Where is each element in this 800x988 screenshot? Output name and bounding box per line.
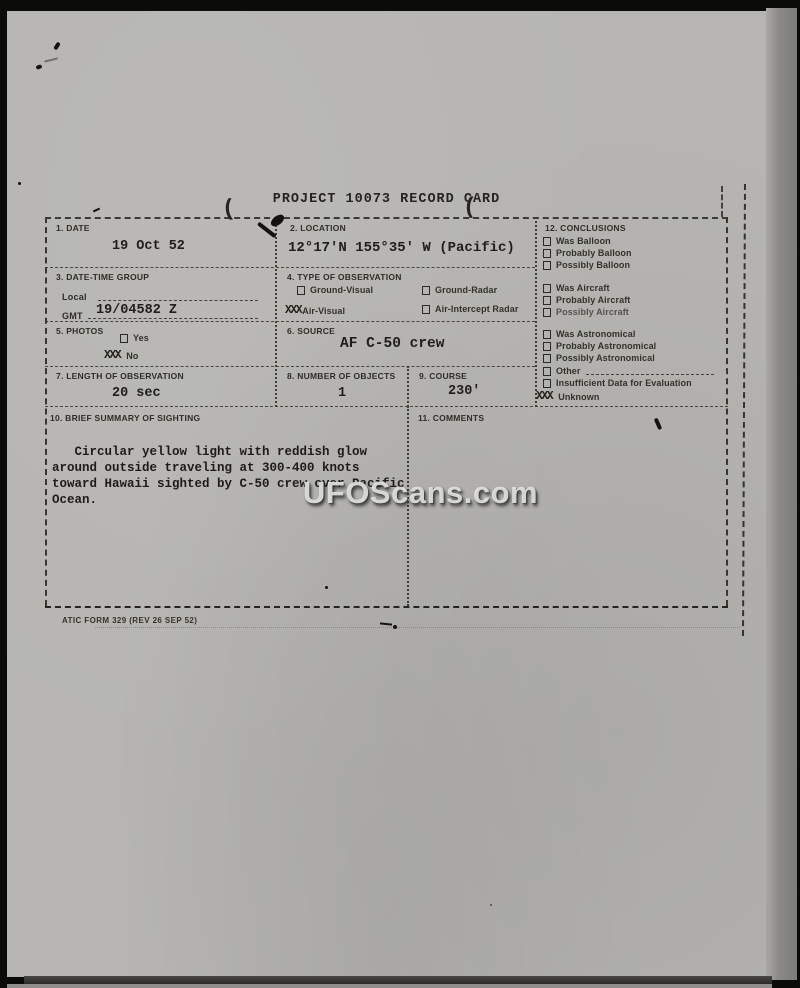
conclusion-possibly-balloon: Possibly Balloon	[543, 260, 630, 270]
row-divider-4	[45, 406, 728, 407]
location-value: 12°17'N 155°35' W (Pacific)	[288, 240, 515, 256]
option-label: Air-Intercept Radar	[435, 304, 518, 314]
option-label: Other	[556, 366, 581, 376]
source-value: AF C-50 crew	[340, 336, 444, 352]
scan-bottom-edge	[24, 976, 772, 984]
checkbox-icon	[422, 286, 430, 295]
option-label: Yes	[133, 333, 149, 343]
conclusion-was-astronomical: Was Astronomical	[543, 329, 635, 339]
footer-dotted-line	[95, 627, 740, 628]
option-photos-no: XXX No	[104, 349, 138, 362]
row-divider-3	[45, 366, 535, 367]
checkbox-icon	[543, 284, 551, 293]
card-title: PROJECT 10073 RECORD CARD	[45, 192, 728, 207]
conclusion-was-aircraft: Was Aircraft	[543, 283, 610, 293]
check-mark: XXX	[536, 390, 552, 403]
checkbox-icon	[297, 286, 305, 295]
summary-label: 10. BRIEF SUMMARY OF SIGHTING	[50, 413, 200, 423]
checkbox-icon	[543, 379, 551, 388]
date-time-group-label: 3. DATE-TIME GROUP	[56, 272, 149, 282]
card-border-right	[726, 217, 728, 606]
check-mark: XXX	[285, 304, 301, 317]
option-label: Possibly Aircraft	[556, 307, 629, 317]
checkbox-icon	[543, 330, 551, 339]
option-label: Possibly Balloon	[556, 260, 630, 270]
option-label: Air-Visual	[302, 306, 345, 316]
type-of-observation-label: 4. TYPE OF OBSERVATION	[287, 272, 402, 282]
source-label: 6. SOURCE	[287, 326, 335, 336]
other-fill-line	[586, 367, 714, 375]
option-label: No	[126, 351, 138, 361]
checkbox-icon	[422, 305, 430, 314]
option-label: Probably Astronomical	[556, 341, 656, 351]
number-of-objects-value: 1	[338, 386, 346, 401]
option-label: Was Aircraft	[556, 283, 610, 293]
card-border-top	[45, 217, 728, 219]
checkbox-icon	[543, 261, 551, 270]
column-divider-conclusions	[535, 217, 537, 407]
date-value: 19 Oct 52	[112, 239, 185, 254]
option-label: Was Balloon	[556, 236, 611, 246]
conclusion-other: Other	[543, 366, 714, 376]
checkbox-icon	[543, 296, 551, 305]
gmt-value: 19/04582 Z	[96, 303, 177, 318]
handwritten-paren-mark: (	[463, 194, 478, 220]
option-photos-yes: Yes	[120, 333, 149, 343]
conclusion-probably-aircraft: Probably Aircraft	[543, 295, 630, 305]
gmt-fill-line	[88, 318, 258, 319]
option-ground-radar: Ground-Radar	[422, 285, 497, 295]
form-number: ATIC FORM 329 (REV 26 SEP 52)	[62, 616, 197, 625]
course-label: 9. COURSE	[419, 371, 467, 381]
gmt-label: GMT	[62, 311, 83, 321]
course-value: 230'	[448, 384, 480, 399]
scan-edge-shadow	[766, 8, 797, 980]
checkbox-icon	[543, 354, 551, 363]
length-of-observation-label: 7. LENGTH OF OBSERVATION	[56, 371, 184, 381]
conclusion-was-balloon: Was Balloon	[543, 236, 611, 246]
card-border-right-extension	[721, 186, 723, 217]
local-label: Local	[62, 292, 87, 302]
column-divider-1	[275, 217, 277, 407]
conclusion-possibly-astronomical: Possibly Astronomical	[543, 353, 655, 363]
checkbox-icon	[543, 308, 551, 317]
scan-bottom-light	[7, 984, 772, 988]
conclusion-possibly-aircraft: Possibly Aircraft	[543, 307, 629, 317]
option-label: Ground-Visual	[310, 285, 373, 295]
checkbox-icon	[120, 334, 128, 343]
length-of-observation-value: 20 sec	[112, 386, 161, 401]
option-label: Possibly Astronomical	[556, 353, 655, 363]
option-air-intercept-radar: Air-Intercept Radar	[422, 304, 518, 314]
photos-label: 5. PHOTOS	[56, 326, 103, 336]
option-ground-visual: Ground-Visual	[297, 285, 373, 295]
option-label: Probably Balloon	[556, 248, 632, 258]
card-border-left	[45, 217, 47, 606]
conclusion-probably-balloon: Probably Balloon	[543, 248, 632, 258]
local-fill-line	[98, 300, 258, 301]
comments-label: 11. COMMENTS	[418, 413, 484, 423]
ink-speck	[325, 586, 328, 589]
location-label: 2. LOCATION	[290, 223, 346, 233]
checkbox-icon	[543, 237, 551, 246]
option-label: Ground-Radar	[435, 285, 497, 295]
option-label: Probably Aircraft	[556, 295, 630, 305]
ink-speck	[18, 182, 21, 185]
conclusion-probably-astronomical: Probably Astronomical	[543, 341, 656, 351]
row-divider-1	[45, 267, 535, 268]
scanned-page: PROJECT 10073 RECORD CARD 1. DATE 19 Oct…	[0, 0, 800, 988]
watermark: UFOScans.com	[303, 475, 538, 511]
row-divider-2	[45, 321, 535, 322]
option-label: Was Astronomical	[556, 329, 635, 339]
date-label: 1. DATE	[56, 223, 90, 233]
ink-speck	[393, 625, 397, 629]
checkbox-icon	[543, 249, 551, 258]
checkbox-icon	[543, 342, 551, 351]
option-label: Unknown	[558, 392, 599, 402]
column-divider-course	[407, 366, 409, 407]
option-air-visual: XXX Air-Visual	[285, 304, 345, 317]
check-mark: XXX	[104, 349, 120, 362]
ink-speck	[490, 904, 492, 906]
number-of-objects-label: 8. NUMBER OF OBJECTS	[287, 371, 395, 381]
handwritten-paren-mark: (	[221, 196, 237, 223]
card-border-bottom	[45, 606, 728, 608]
conclusions-label: 12. CONCLUSIONS	[545, 223, 626, 233]
option-label: Insufficient Data for Evaluation	[556, 378, 692, 388]
conclusion-unknown: XXX Unknown	[536, 390, 599, 403]
conclusion-insufficient-data: Insufficient Data for Evaluation	[543, 378, 692, 388]
checkbox-icon	[543, 367, 551, 376]
